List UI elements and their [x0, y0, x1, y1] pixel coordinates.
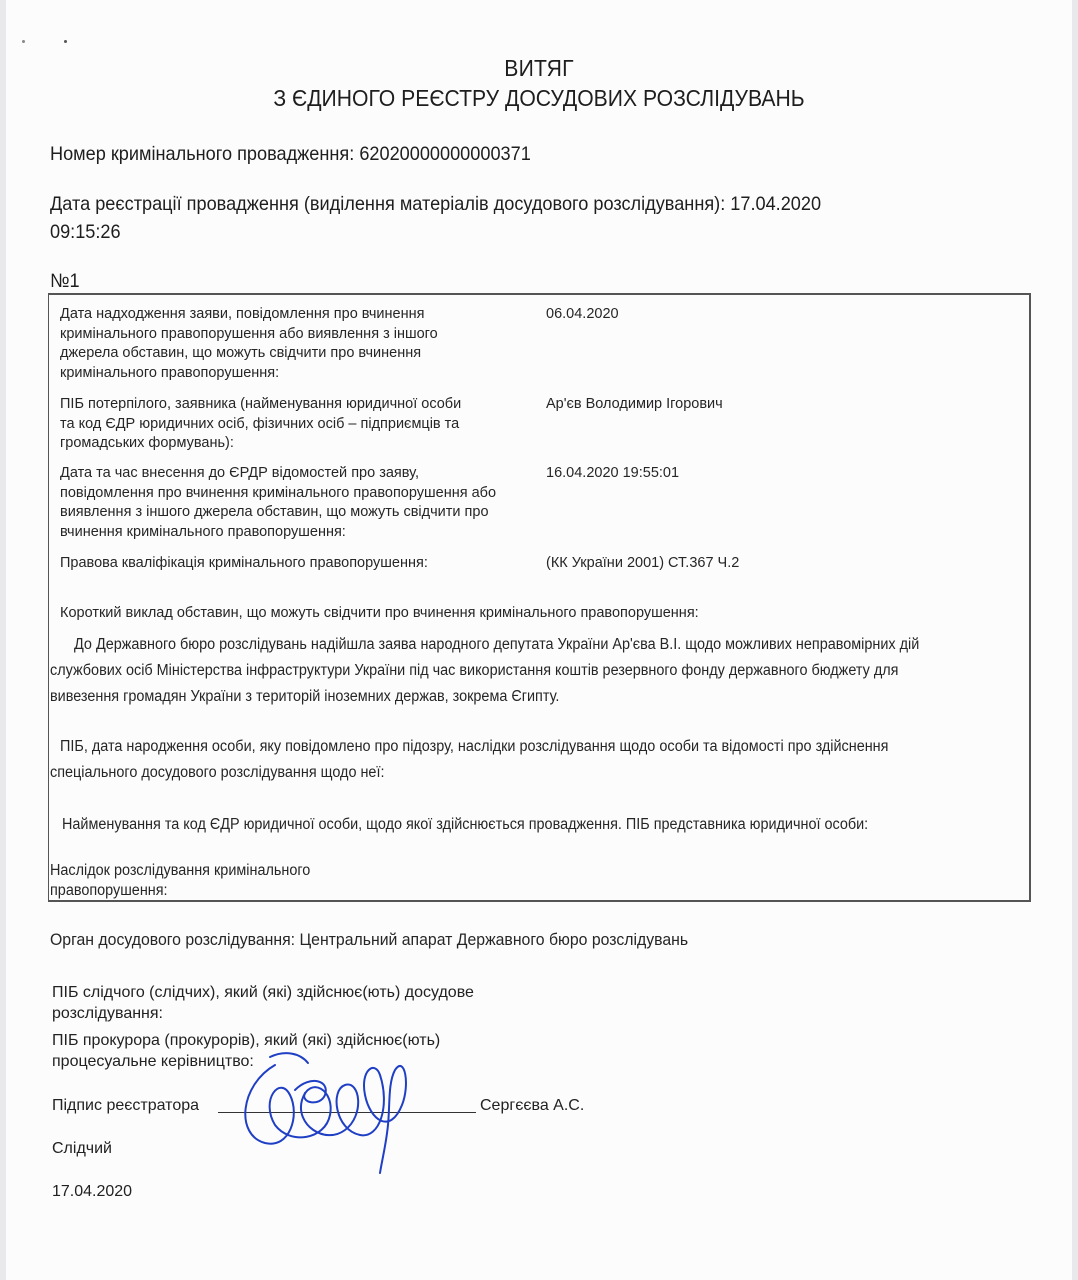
label-line: джерела обставин, що можуть свідчити про… [60, 344, 438, 364]
row-application-date-label: Дата надходження заяви, повідомлення про… [60, 305, 438, 383]
label-line: повідомлення про вчинення кримінального … [60, 484, 496, 504]
label-line: Наслідок розслідування кримінального [50, 861, 310, 881]
summary-line: До Державного бюро розслідувань надійшла… [74, 632, 919, 658]
scan-speck [64, 40, 67, 43]
position-label: Слідчий [52, 1138, 112, 1159]
register-entry-table [48, 293, 1031, 902]
case-number-line: Номер кримінального провадження: 6202000… [50, 143, 531, 166]
registrar-name: Сергєєва А.С. [480, 1095, 584, 1116]
registration-time-value: 09:15:26 [50, 221, 121, 244]
result-label: Наслідок розслідування кримінального пра… [50, 861, 310, 901]
authority-line: Орган досудового розслідування: Централь… [50, 927, 688, 953]
label-line: Дата надходження заяви, повідомлення про… [60, 305, 438, 325]
label-line: правопорушення: [50, 881, 310, 901]
label-line: та код ЄДР юридичних осіб, фізичних осіб… [60, 415, 461, 435]
suspect-label-line: спеціального досудового розслідування що… [50, 760, 384, 786]
row-victim-label: ПІБ потерпілого, заявника (найменування … [60, 395, 461, 454]
label-line: ПІБ слідчого (слідчих), який (які) здійс… [52, 982, 474, 1003]
label-line: розслідування: [52, 1003, 474, 1024]
registration-date-value: 17.04.2020 [730, 193, 821, 215]
handwritten-signature-icon [230, 1045, 430, 1175]
label-line: громадських формувань): [60, 434, 461, 454]
label-line: вчинення кримінального правопорушення: [60, 523, 496, 543]
row-application-date-value: 06.04.2020 [546, 305, 619, 325]
label-line: кримінального правопорушення або виявлен… [60, 325, 438, 345]
case-number-label: Номер кримінального провадження: [50, 143, 354, 165]
footer-date: 17.04.2020 [52, 1181, 132, 1202]
suspect-label-line: ПІБ, дата народження особи, яку повідомл… [60, 734, 888, 760]
row-victim-value: Ар'єв Володимир Ігорович [546, 395, 723, 415]
registration-date-label: Дата реєстрації провадження (виділення м… [50, 193, 725, 215]
authority-label: Орган досудового розслідування: [50, 930, 295, 949]
label-line: ПІБ потерпілого, заявника (найменування … [60, 395, 461, 415]
summary-line: вивезення громадян України з територій і… [50, 684, 559, 710]
authority-value: Центральний апарат Державного бюро розсл… [299, 930, 688, 949]
legal-entity-label: Найменування та код ЄДР юридичної особи,… [62, 812, 868, 838]
row-legal-qualification-value: (КК України 2001) СТ.367 Ч.2 [546, 554, 739, 574]
registrar-signature-label: Підпис реєстратора [52, 1095, 199, 1116]
label-line: кримінального правопорушення: [60, 364, 438, 384]
row-entry-datetime-value: 16.04.2020 19:55:01 [546, 464, 679, 484]
case-number-value: 62020000000000371 [359, 143, 530, 165]
summary-label: Короткий виклад обставин, що можуть свід… [60, 604, 699, 624]
document-title: ВИТЯГ [43, 55, 1035, 82]
document-subtitle: З ЄДИНОГО РЕЄСТРУ ДОСУДОВИХ РОЗСЛІДУВАНЬ [43, 85, 1035, 112]
row-legal-qualification-label: Правова кваліфікація кримінального право… [60, 554, 428, 574]
label-line: виявлення з іншого джерела обставин, що … [60, 503, 496, 523]
registration-date-line: Дата реєстрації провадження (виділення м… [50, 193, 821, 216]
scan-speck [22, 40, 25, 43]
entry-number: №1 [50, 270, 80, 293]
summary-line: службових осіб Міністерства інфраструкту… [50, 658, 898, 684]
investigator-label: ПІБ слідчого (слідчих), який (які) здійс… [52, 982, 474, 1024]
row-entry-datetime-label: Дата та час внесення до ЄРДР відомостей … [60, 464, 496, 542]
label-line: Дата та час внесення до ЄРДР відомостей … [60, 464, 496, 484]
